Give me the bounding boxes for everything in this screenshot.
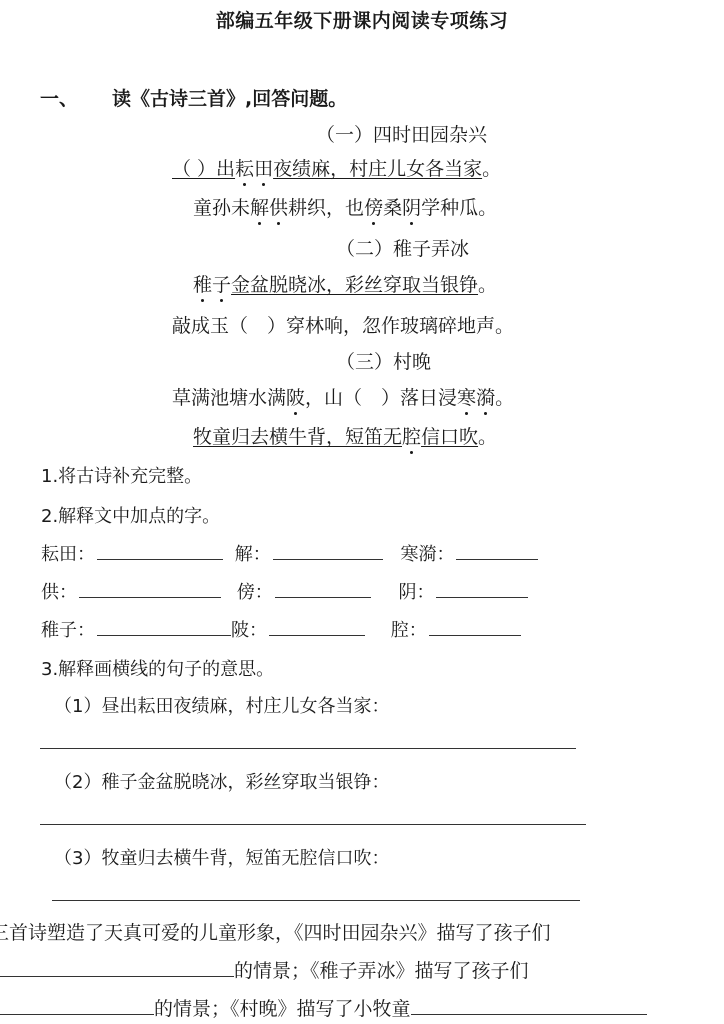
emphasis-dot-char: 田 <box>254 154 273 181</box>
q2-label-jie: 解： <box>235 544 271 565</box>
section-number: 一、 <box>40 84 112 111</box>
answer-blank-yin[interactable] <box>436 579 528 598</box>
poem-2-line-1: 稚子金盆脱晓冰，彩丝穿取当银铮。 <box>193 270 497 297</box>
poem-1-line-2: 童孙未解供耕织，也傍桑阴学种瓜。 <box>193 193 497 220</box>
emphasis-dot-char: 腔 <box>402 422 421 449</box>
poem-line-text: 童孙未解供耕织，也傍桑阴学种瓜 <box>193 197 478 219</box>
question-3: 3.解释画横线的句子的意思。 <box>41 655 274 681</box>
emphasis-dot-char: 寒 <box>457 383 476 410</box>
page-title: 部编五年级下册课内阅读专项练习 <box>0 6 724 33</box>
q4-line-2: 的情景；《稚子弄冰》描写了孩子们 <box>0 956 529 983</box>
poem-title-1: （一）四时田园杂兴 <box>316 120 487 147</box>
q3-item-3: （3）牧童归去横牛背，短笛无腔信口吹： <box>54 844 389 870</box>
q2-label-bang: 傍： <box>237 582 273 603</box>
answer-line-q3-1[interactable] <box>40 748 576 749</box>
poem-line-text: （ ）出耘田夜绩麻，村庄儿女各当家 <box>172 158 482 180</box>
q4-line-3-text: 的情景；《村晚》描写了小牧童 <box>154 998 411 1020</box>
answer-blank-jie[interactable] <box>273 541 383 560</box>
q4-line-3: 的情景；《村晚》描写了小牧童 <box>0 994 647 1021</box>
answer-blank-yuntian[interactable] <box>97 541 223 560</box>
poem-line-punct: 。 <box>495 387 514 409</box>
q2-label-bei: 陂： <box>231 620 267 641</box>
answer-line-q3-3[interactable] <box>52 900 580 901</box>
emphasis-dot-char: 解 <box>250 193 269 220</box>
answer-blank-q4-3[interactable] <box>411 996 647 1015</box>
answer-blank-q4-1[interactable] <box>0 958 234 977</box>
poem-line-text: 敲成玉（ ）穿林响，忽作玻璃碎地声 <box>172 315 495 337</box>
q2-label-yuntian: 耘田： <box>41 544 95 565</box>
section-heading: 一、读《古诗三首》,回答问题。 <box>40 84 347 111</box>
poem-2-line-2: 敲成玉（ ）穿林响，忽作玻璃碎地声。 <box>172 311 514 338</box>
poem-title-2: （二）稚子弄冰 <box>336 234 469 261</box>
q2-row-1: 耘田： 解： 寒漪： <box>41 540 540 566</box>
poem-line-text: 草满池塘水满陂，山（ ）落日浸寒漪 <box>172 387 495 409</box>
answer-blank-gong[interactable] <box>79 579 221 598</box>
poem-line-punct: 。 <box>478 197 497 219</box>
emphasis-dot-char: 傍 <box>364 193 383 220</box>
emphasis-dot-char: 供 <box>269 193 288 220</box>
answer-blank-zhizi[interactable] <box>97 617 231 636</box>
poem-line-text: 牧童归去横牛背，短笛无腔信口吹 <box>193 426 478 448</box>
q2-row-2: 供： 傍： 阴： <box>41 578 530 604</box>
answer-blank-q4-2[interactable] <box>0 996 154 1015</box>
emphasis-dot-char: 耘 <box>235 154 254 181</box>
q4-line-2-text: 的情景；《稚子弄冰》描写了孩子们 <box>234 960 529 982</box>
q4-line-1: 三首诗塑造了天真可爱的儿童形象，《四时田园杂兴》描写了孩子们 <box>0 918 551 945</box>
poem-line-text: 稚子金盆脱晓冰，彩丝穿取当银铮 <box>193 274 478 296</box>
q2-label-hanyi: 寒漪： <box>400 544 454 565</box>
q2-label-gong: 供： <box>41 582 77 603</box>
emphasis-dot-char: 陂 <box>286 383 305 410</box>
poem-line-punct: 。 <box>478 274 497 296</box>
poem-3-line-2: 牧童归去横牛背，短笛无腔信口吹。 <box>193 422 497 449</box>
poem-line-punct: 。 <box>482 158 501 180</box>
q2-label-qiang: 腔： <box>391 620 427 641</box>
q2-row-3: 稚子：陂： 腔： <box>41 616 523 642</box>
poem-3-line-1: 草满池塘水满陂，山（ ）落日浸寒漪。 <box>172 383 514 410</box>
answer-blank-bang[interactable] <box>275 579 371 598</box>
poem-title-3: （三）村晚 <box>336 347 431 374</box>
answer-blank-qiang[interactable] <box>429 617 521 636</box>
emphasis-dot-char: 阴 <box>402 193 421 220</box>
answer-blank-hanyi[interactable] <box>456 541 538 560</box>
section-heading-text: 读《古诗三首》,回答问题。 <box>112 88 347 110</box>
answer-line-q3-2[interactable] <box>40 824 586 825</box>
emphasis-dot-char: 漪 <box>476 383 495 410</box>
q2-label-zhizi: 稚子： <box>41 620 95 641</box>
emphasis-dot-char: 子 <box>212 270 231 297</box>
poem-1-line-1: （ ）出耘田夜绩麻，村庄儿女各当家。 <box>172 154 501 181</box>
q3-item-2: （2）稚子金盆脱晓冰，彩丝穿取当银铮： <box>54 768 389 794</box>
answer-blank-bei[interactable] <box>269 617 365 636</box>
poem-line-punct: 。 <box>495 315 514 337</box>
poem-line-punct: 。 <box>478 426 497 448</box>
emphasis-dot-char: 稚 <box>193 270 212 297</box>
q3-item-1: （1）昼出耘田夜绩麻，村庄儿女各当家： <box>54 692 389 718</box>
q2-label-yin: 阴： <box>398 582 434 603</box>
question-2: 2.解释文中加点的字。 <box>41 502 220 528</box>
question-1: 1.将古诗补充完整。 <box>41 462 202 488</box>
